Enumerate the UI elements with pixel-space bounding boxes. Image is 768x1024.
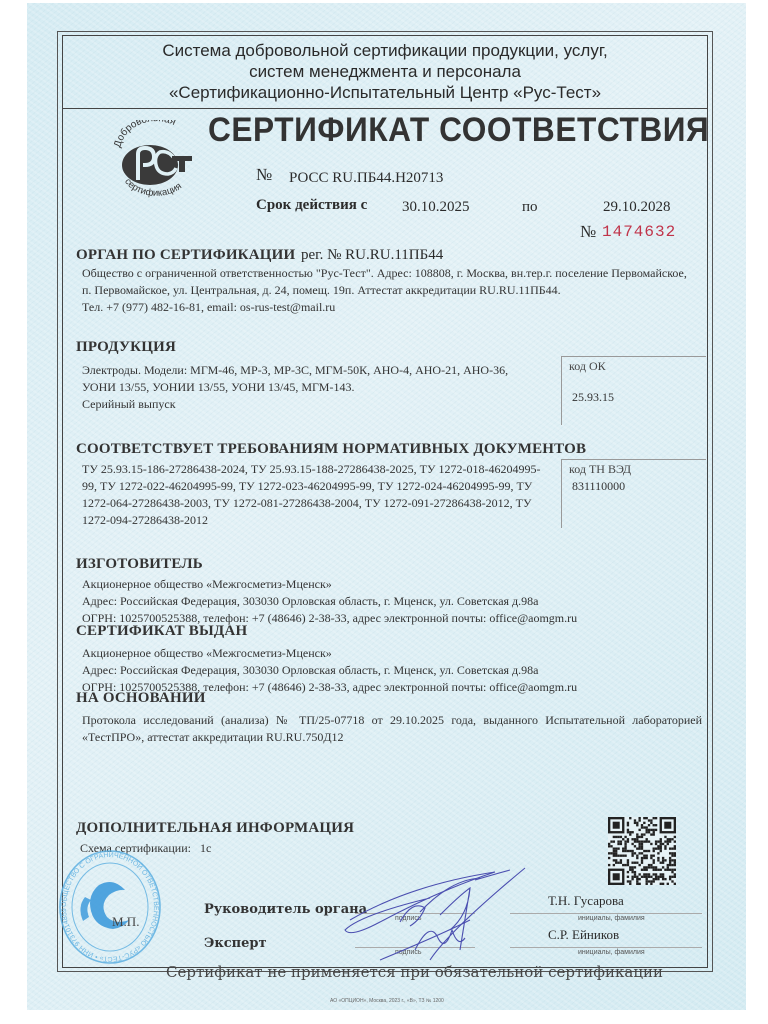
product-heading: ПРОДУКЦИЯ bbox=[76, 339, 176, 356]
certification-body-reg: рег. № RU.RU.11ПБ44 bbox=[301, 247, 443, 264]
system-line: систем менеджмента и персонала bbox=[62, 61, 708, 82]
header-divider bbox=[62, 108, 708, 109]
issued-to-heading: СЕРТИФИКАТ ВЫДАН bbox=[76, 623, 247, 640]
system-line: «Сертификационно-Испытательный Центр «Ру… bbox=[62, 82, 708, 103]
tnved-code-value: 831110000 bbox=[572, 478, 625, 495]
okpd-code-label: код ОК bbox=[569, 359, 606, 374]
expert-label: Эксперт bbox=[204, 936, 267, 951]
valid-to-date: 29.10.2028 bbox=[603, 199, 671, 216]
head-name-caption: инициалы, фамилия bbox=[578, 915, 645, 922]
text-line: Адрес: Российская Федерация, 303030 Орло… bbox=[82, 593, 577, 610]
qr-code-icon bbox=[608, 817, 676, 885]
text-line: п. Первомайское, ул. Центральная, д. 24,… bbox=[82, 282, 687, 299]
basis-heading: НА ОСНОВАНИИ bbox=[76, 690, 206, 707]
okpd-code-box: код ОК 25.93.15 bbox=[561, 356, 706, 425]
expert-name: С.Р. Ейников bbox=[548, 927, 619, 943]
number-label: № bbox=[256, 165, 272, 185]
text-line: Акционерное общество «Межгосметиз-Мценск… bbox=[82, 645, 577, 662]
to-label: по bbox=[522, 199, 538, 216]
certification-body-details: Общество с ограниченной ответственностью… bbox=[82, 265, 687, 316]
compliance-documents: ТУ 25.93.15-186-27286438-2024, ТУ 25.93.… bbox=[82, 461, 540, 529]
text-line: Акционерное общество «Межгосметиз-Мценск… bbox=[82, 576, 577, 593]
compliance-heading: СООТВЕТСТВУЕТ ТРЕБОВАНИЯМ НОРМАТИВНЫХ ДО… bbox=[76, 441, 586, 458]
certificate-title: СЕРТИФИКАТ СООТВЕТСТВИЯ bbox=[208, 111, 709, 150]
certification-system-header: Система добровольной сертификации продук… bbox=[62, 40, 708, 103]
text-line: Общество с ограниченной ответственностью… bbox=[82, 265, 687, 282]
handwritten-signature-icon bbox=[320, 860, 550, 970]
manufacturer-heading: ИЗГОТОВИТЕЛЬ bbox=[76, 556, 203, 573]
head-name: Т.Н. Гусарова bbox=[548, 893, 624, 909]
tnved-code-label: код ТН ВЭД bbox=[569, 462, 631, 477]
text-line: 99, ТУ 1272-022-46204995-99, ТУ 1272-023… bbox=[82, 478, 540, 495]
issued-to-details: Акционерное общество «Межгосметиз-Мценск… bbox=[82, 645, 577, 696]
svg-text:Добровольная: Добровольная bbox=[112, 120, 177, 149]
text-line: Электроды. Модели: МГМ-46, МР-3, МР-3С, … bbox=[82, 362, 508, 379]
text-line: Протокола исследований (анализа) № ТП/25… bbox=[82, 712, 702, 729]
rst-logo-icon: Добровольная сертификация bbox=[112, 120, 198, 202]
valid-from-date: 30.10.2025 bbox=[402, 199, 470, 216]
text-line: УОНИ 13/55, УОНИИ 13/55, УОНИ 13/45, МГМ… bbox=[82, 379, 508, 396]
stamp-seal-icon: ОБЩЕСТВО С ОГРАНИЧЕННОЙ ОТВЕТСТВЕННОСТЬЮ… bbox=[55, 845, 165, 970]
validity-label: Срок действия с bbox=[256, 197, 367, 214]
svg-text:ОБЩЕСТВО С ОГРАНИЧЕННОЙ ОТВЕТС: ОБЩЕСТВО С ОГРАНИЧЕННОЙ ОТВЕТСТВЕННОСТЬЮ… bbox=[55, 845, 159, 962]
blank-number: 1474632 bbox=[602, 223, 676, 241]
product-details: Электроды. Модели: МГМ-46, МР-3, МР-3С, … bbox=[82, 362, 508, 413]
text-line: ТУ 25.93.15-186-27286438-2024, ТУ 25.93.… bbox=[82, 461, 540, 478]
stamp-placeholder-label: М.П. bbox=[112, 914, 139, 930]
blank-number-label: № bbox=[580, 222, 596, 242]
okpd-code-value: 25.93.15 bbox=[572, 389, 614, 406]
basis-details: Протокола исследований (анализа) № ТП/25… bbox=[82, 712, 702, 746]
text-line: 1272-094-27286438-2012 bbox=[82, 512, 540, 529]
text-line: «ТестПРО», аттестат аккредитации RU.RU.7… bbox=[82, 729, 702, 746]
text-line: Тел. +7 (977) 482-16-81, email: os-rus-t… bbox=[82, 299, 687, 316]
additional-info-heading: ДОПОЛНИТЕЛЬНАЯ ИНФОРМАЦИЯ bbox=[76, 820, 354, 837]
text-line: 1272-064-27286438-2003, ТУ 1272-081-2728… bbox=[82, 495, 540, 512]
certification-body-heading: ОРГАН ПО СЕРТИФИКАЦИИ bbox=[76, 247, 295, 264]
manufacturer-details: Акционерное общество «Межгосметиз-Мценск… bbox=[82, 576, 577, 627]
text-line: Серийный выпуск bbox=[82, 396, 508, 413]
expert-name-caption: инициалы, фамилия bbox=[578, 949, 645, 956]
system-line: Система добровольной сертификации продук… bbox=[62, 40, 708, 61]
certificate-number: РОСС RU.ПБ44.Н20713 bbox=[289, 170, 443, 187]
tnved-code-box: код ТН ВЭД 831110000 bbox=[561, 459, 706, 528]
scheme-value: 1с bbox=[200, 840, 211, 857]
printer-imprint: АО «ОПЦИОН», Москва, 2023 г., «В», ТЗ № … bbox=[330, 998, 444, 1004]
text-line: Адрес: Российская Федерация, 303030 Орло… bbox=[82, 662, 577, 679]
voluntary-only-note: Сертификат не применяется при обязательн… bbox=[166, 963, 663, 981]
